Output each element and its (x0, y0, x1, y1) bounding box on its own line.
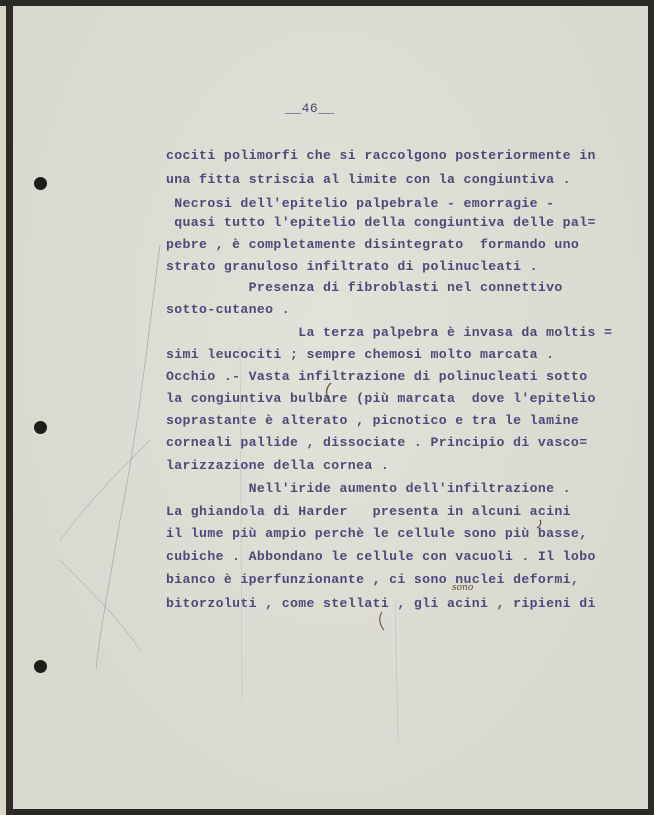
text-line: bianco è iperfunzionante , ci sono nucle… (166, 572, 579, 587)
text-line: Occhio .- Vasta infiltrazione di polinuc… (166, 369, 587, 384)
text-line: il lume più ampio perchè le cellule sono… (166, 526, 587, 541)
text-line: strato granuloso infiltrato di polinucle… (166, 259, 538, 274)
adjacent-page-edge (0, 6, 6, 815)
handwritten-annotation: sono (452, 583, 473, 593)
text-line: cociti polimorfi che si raccolgono poste… (166, 148, 596, 163)
text-line: Presenza di fibroblasti nel connettivo (166, 280, 563, 295)
text-line: larizzazione della cornea . (166, 458, 389, 473)
text-line: bitorzoluti , come stellati , gli acini … (166, 596, 596, 611)
text-line: la congiuntiva bulbare (più marcata dove… (166, 391, 596, 406)
text-line: La ghiandola di Harder presenta in alcun… (166, 504, 571, 519)
text-line: cubiche . Abbondano le cellule con vacuo… (166, 549, 596, 564)
binder-hole (34, 177, 47, 190)
text-line: sotto-cutaneo . (166, 302, 290, 317)
binder-hole (34, 421, 47, 434)
text-line: La terza palpebra è invasa da moltis = (166, 325, 612, 340)
text-line: Nell'iride aumento dell'infiltrazione . (166, 481, 571, 496)
text-line: quasi tutto l'epitelio della congiuntiva… (166, 215, 596, 230)
binder-hole (34, 660, 47, 673)
text-line: una fitta striscia al limite con la cong… (166, 172, 571, 187)
text-line: pebre , è completamente disintegrato for… (166, 237, 579, 252)
text-line: corneali pallide , dissociate . Principi… (166, 435, 587, 450)
text-line: simi leucociti ; sempre chemosi molto ma… (166, 347, 554, 362)
text-line: soprastante è alterato , picnotico e tra… (166, 413, 579, 428)
document-page (13, 6, 648, 809)
text-line: Necrosi dell'epitelio palpebrale - emorr… (166, 196, 554, 211)
page-number: __46__ (285, 101, 335, 116)
